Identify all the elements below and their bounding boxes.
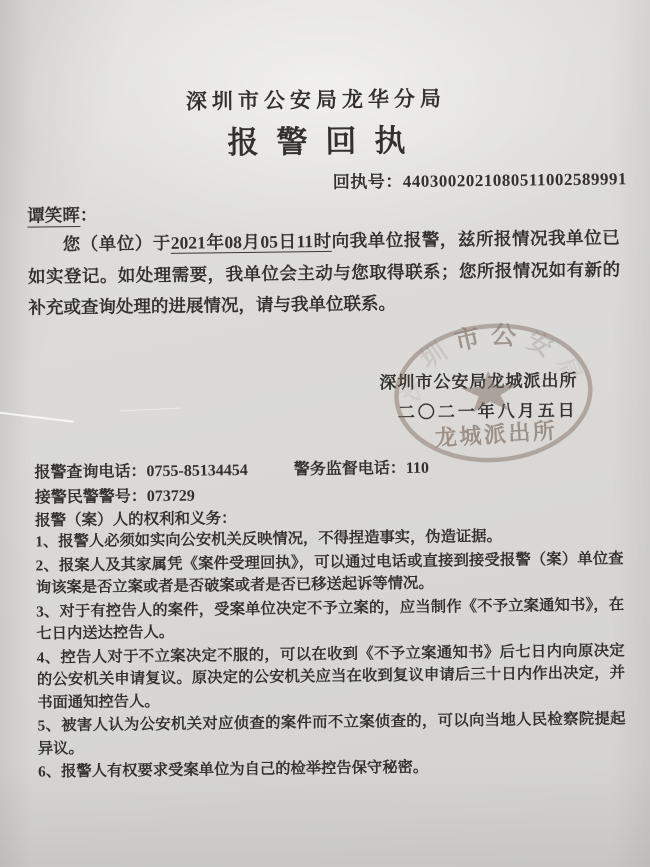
officer-badge-number: 073729 [147,488,195,506]
rights-heading: 报警（案）人的权利和义务： [35,506,237,530]
notice-paragraph: 您（单位）于2021年08月05日11时向我单位报警，兹所报情况我单位已如实登记… [27,222,620,324]
addressee-colon: ： [80,205,98,225]
addressee-name: 谭笑晖 [27,205,80,228]
addressee: 谭笑晖： [27,202,97,228]
stamp-bottom-text: 龙城派出所 [434,418,558,451]
supervision-phone-value: 110 [406,460,429,477]
stamp-star-icon [460,369,519,413]
notice-text-pre: 您（单位）于 [63,233,171,254]
rights-item-5: 5、被害人认为公安机关对应侦查的案件而不立案侦查的，可以向当地人民检察院提起异议… [37,708,626,760]
officer-badge-row: 接警民警警号：073729 [35,483,195,508]
receipt-sheet: 深圳市公安局龙华分局 报警回执 回执号：44030020210805110025… [0,0,650,867]
document-photo: 深圳市公安局龙华分局 报警回执 回执号：44030020210805110025… [0,0,650,867]
rights-item-3: 3、对于有控告人的案件，受案单位决定不予立案的，应当制作《不予立案通知书》，在七… [36,594,625,646]
rights-item-4: 4、控告人对于不立案决定不服的，可以在收到《不予立案通知书》后七日内向原决定的公… [37,640,626,715]
agency-name: 深圳市公安局龙华分局 [0,80,636,118]
report-datetime: 2021年08月05日11时 [171,231,332,254]
document-title: 报警回执 [0,112,637,165]
receipt-number-line: 回执号：4403002021080511002589991 [333,164,627,193]
rights-item-2: 2、报案人及其家属凭《案件受理回执》，可以通过电话或直接到接受报警（案）单位查询… [35,548,624,600]
officer-badge-label: 接警民警警号： [35,488,147,506]
query-phone-value: 0755-85134454 [146,462,248,480]
query-phone-label: 报警查询电话： [34,463,146,481]
receipt-number-value: 4403002021080511002589991 [403,169,627,191]
receipt-number-label: 回执号： [333,172,403,192]
contact-phones-row: 报警查询电话：0755-85134454警务监督电话：110 [34,452,624,482]
rights-list: 1、报警人必须如实向公安机关反映情况，不得捏造事实，伪造证据。 2、报案人及其家… [35,524,626,785]
supervision-phone-label: 警务监督电话： [294,460,406,478]
